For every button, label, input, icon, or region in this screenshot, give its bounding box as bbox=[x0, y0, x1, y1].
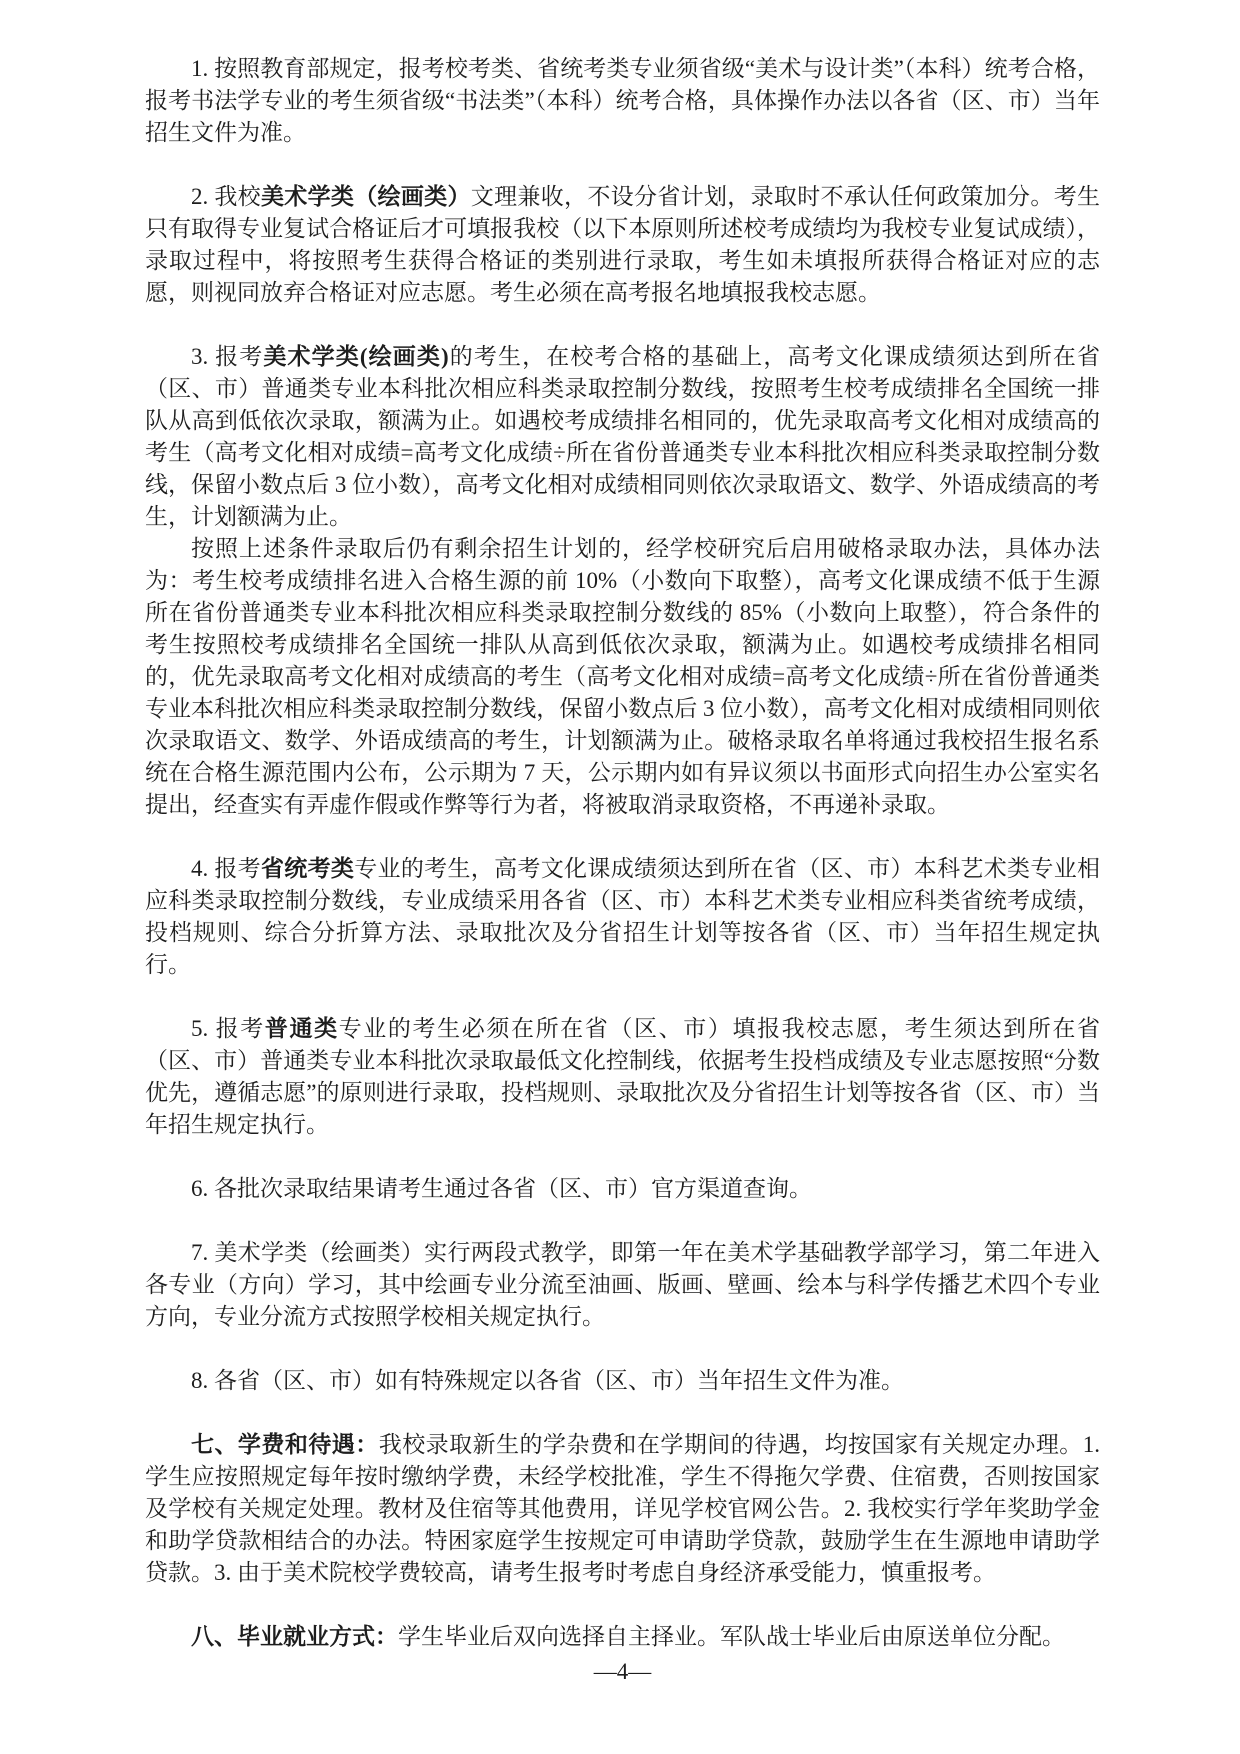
paragraph-5-term-bold: 普通类 bbox=[265, 1016, 339, 1041]
section-8-graduation-employment: 八、毕业就业方式：学生毕业后双向选择自主择业。军队战士毕业后由原送单位分配。 bbox=[145, 1621, 1100, 1653]
paragraph-3-admission-ranking-rule: 3. 报考美术学类(绘画类)的考生，在校考合格的基础上，高考文化课成绩须达到所在… bbox=[145, 341, 1100, 533]
paragraph-6-text: 6. 各批次录取结果请考生通过各省（区、市）官方渠道查询。 bbox=[191, 1176, 812, 1201]
paragraph-2-fine-arts-painting-policy: 2. 我校美术学类（绘画类）文理兼收，不设分省计划，录取时不承认任何政策加分。考… bbox=[145, 181, 1100, 309]
paragraph-1-unified-exam-requirement: 1. 按照教育部规定，报考校考类、省统考类专业须省级“美术与设计类”（本科）统考… bbox=[145, 53, 1100, 149]
paragraph-4-term-bold: 省统考类 bbox=[261, 856, 354, 881]
paragraph-3-continuation-special-admission: 按照上述条件录取后仍有剩余招生计划的，经学校研究后启用破格录取办法，具体办法为：… bbox=[145, 533, 1100, 821]
paragraph-2-term-bold: 美术学类（绘画类） bbox=[261, 184, 471, 209]
paragraph-2-text-lead: 2. 我校 bbox=[191, 184, 261, 209]
paragraph-8-special-provincial-rules: 8. 各省（区、市）如有特殊规定以各省（区、市）当年招生文件为准。 bbox=[145, 1365, 1100, 1397]
paragraph-5-text-lead: 5. 报考 bbox=[191, 1016, 265, 1041]
paragraph-6-result-inquiry: 6. 各批次录取结果请考生通过各省（区、市）官方渠道查询。 bbox=[145, 1173, 1100, 1205]
document-page: 1. 按照教育部规定，报考校考类、省统考类专业须省级“美术与设计类”（本科）统考… bbox=[0, 0, 1240, 1754]
paragraph-3-text-lead: 3. 报考 bbox=[191, 344, 263, 369]
paragraph-7-text: 7. 美术学类（绘画类）实行两段式教学，即第一年在美术学基础教学部学习，第二年进… bbox=[145, 1240, 1100, 1329]
paragraph-7-two-stage-teaching: 7. 美术学类（绘画类）实行两段式教学，即第一年在美术学基础教学部学习，第二年进… bbox=[145, 1237, 1100, 1333]
paragraph-3-term-bold: 美术学类(绘画类) bbox=[263, 344, 448, 369]
paragraph-1-text: 1. 按照教育部规定，报考校考类、省统考类专业须省级“美术与设计类”（本科）统考… bbox=[145, 56, 1100, 145]
paragraph-4-provincial-exam-rule: 4. 报考省统考类专业的考生，高考文化课成绩须达到所在省（区、市）本科艺术类专业… bbox=[145, 853, 1100, 981]
paragraph-3-continuation-text: 按照上述条件录取后仍有剩余招生计划的，经学校研究后启用破格录取办法，具体办法为：… bbox=[145, 536, 1100, 817]
page-number-text: —4— bbox=[594, 1659, 652, 1684]
paragraph-3-text-body: 的考生，在校考合格的基础上，高考文化课成绩须达到所在省（区、市）普通类专业本科批… bbox=[145, 344, 1100, 529]
section-8-heading-bold: 八、毕业就业方式： bbox=[191, 1624, 398, 1649]
section-8-text-body: 学生毕业后双向选择自主择业。军队战士毕业后由原送单位分配。 bbox=[398, 1624, 1065, 1649]
section-7-heading-bold: 七、学费和待遇： bbox=[191, 1432, 379, 1457]
paragraph-8-text: 8. 各省（区、市）如有特殊规定以各省（区、市）当年招生文件为准。 bbox=[191, 1368, 904, 1393]
section-7-tuition-and-treatment: 七、学费和待遇：我校录取新生的学杂费和在学期间的待遇，均按国家有关规定办理。1.… bbox=[145, 1429, 1100, 1589]
page-number: —4— bbox=[145, 1656, 1100, 1688]
paragraph-4-text-lead: 4. 报考 bbox=[191, 856, 261, 881]
paragraph-5-general-category-rule: 5. 报考普通类专业的考生必须在所在省（区、市）填报我校志愿，考生须达到所在省（… bbox=[145, 1013, 1100, 1141]
document-body: 1. 按照教育部规定，报考校考类、省统考类专业须省级“美术与设计类”（本科）统考… bbox=[145, 53, 1100, 1688]
